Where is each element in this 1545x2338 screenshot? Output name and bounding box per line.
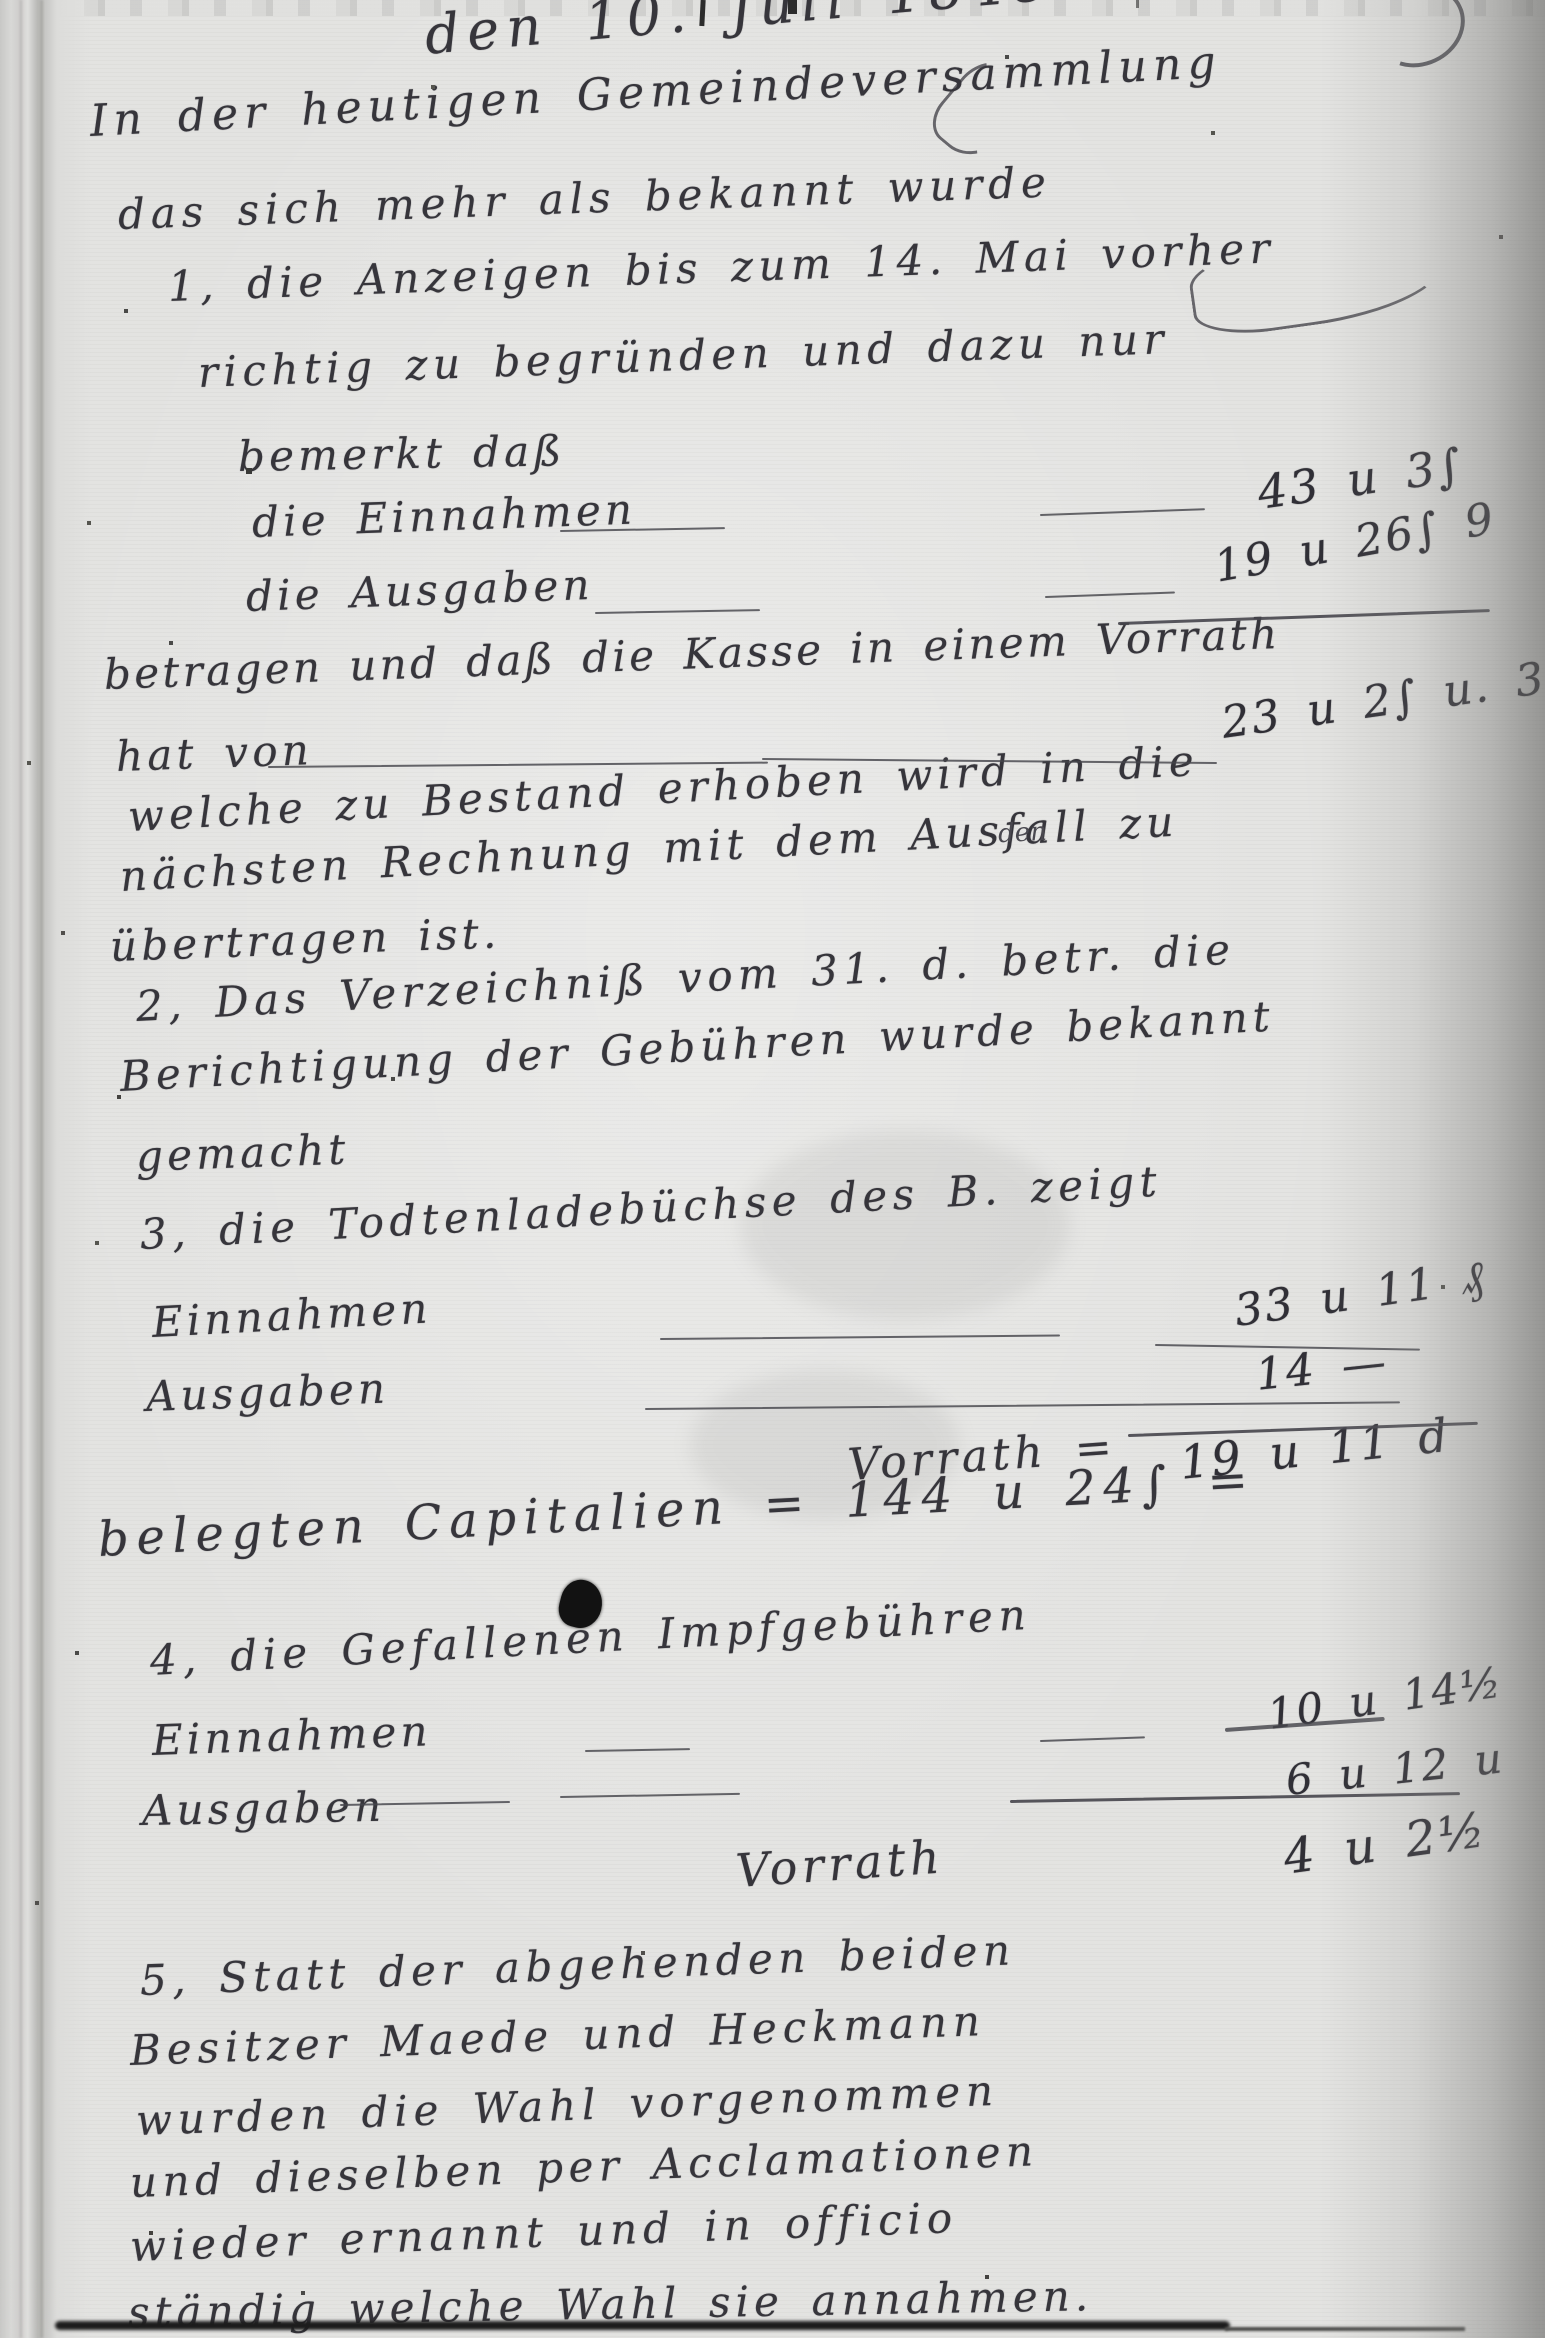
show-through-smudge: [740, 1130, 1070, 1320]
paper-speckles: [0, 0, 2, 2]
superscript-insertion: den: [997, 817, 1047, 850]
ink-smear-bottom: [1225, 2327, 1465, 2331]
ink-smear-bottom: [55, 2321, 1230, 2330]
ledger-label: hat von: [115, 725, 314, 781]
ledger-label: Ausgaben: [145, 1364, 390, 1421]
binding-crease-line: [40, 0, 43, 2338]
binding-crease-line: [20, 0, 22, 2338]
manuscript-line: gemacht: [135, 1125, 350, 1181]
binding-gutter: [0, 0, 92, 2338]
manuscript-scan: { "page": { "kind": "scanned handwritten…: [0, 0, 1545, 2338]
ledger-label: Ausgaben: [142, 1782, 386, 1835]
manuscript-line: bemerkt daß: [238, 426, 566, 481]
ledger-label: Einnahmen: [151, 1706, 432, 1765]
ink-stroke-remnant: [1136, 0, 1139, 8]
